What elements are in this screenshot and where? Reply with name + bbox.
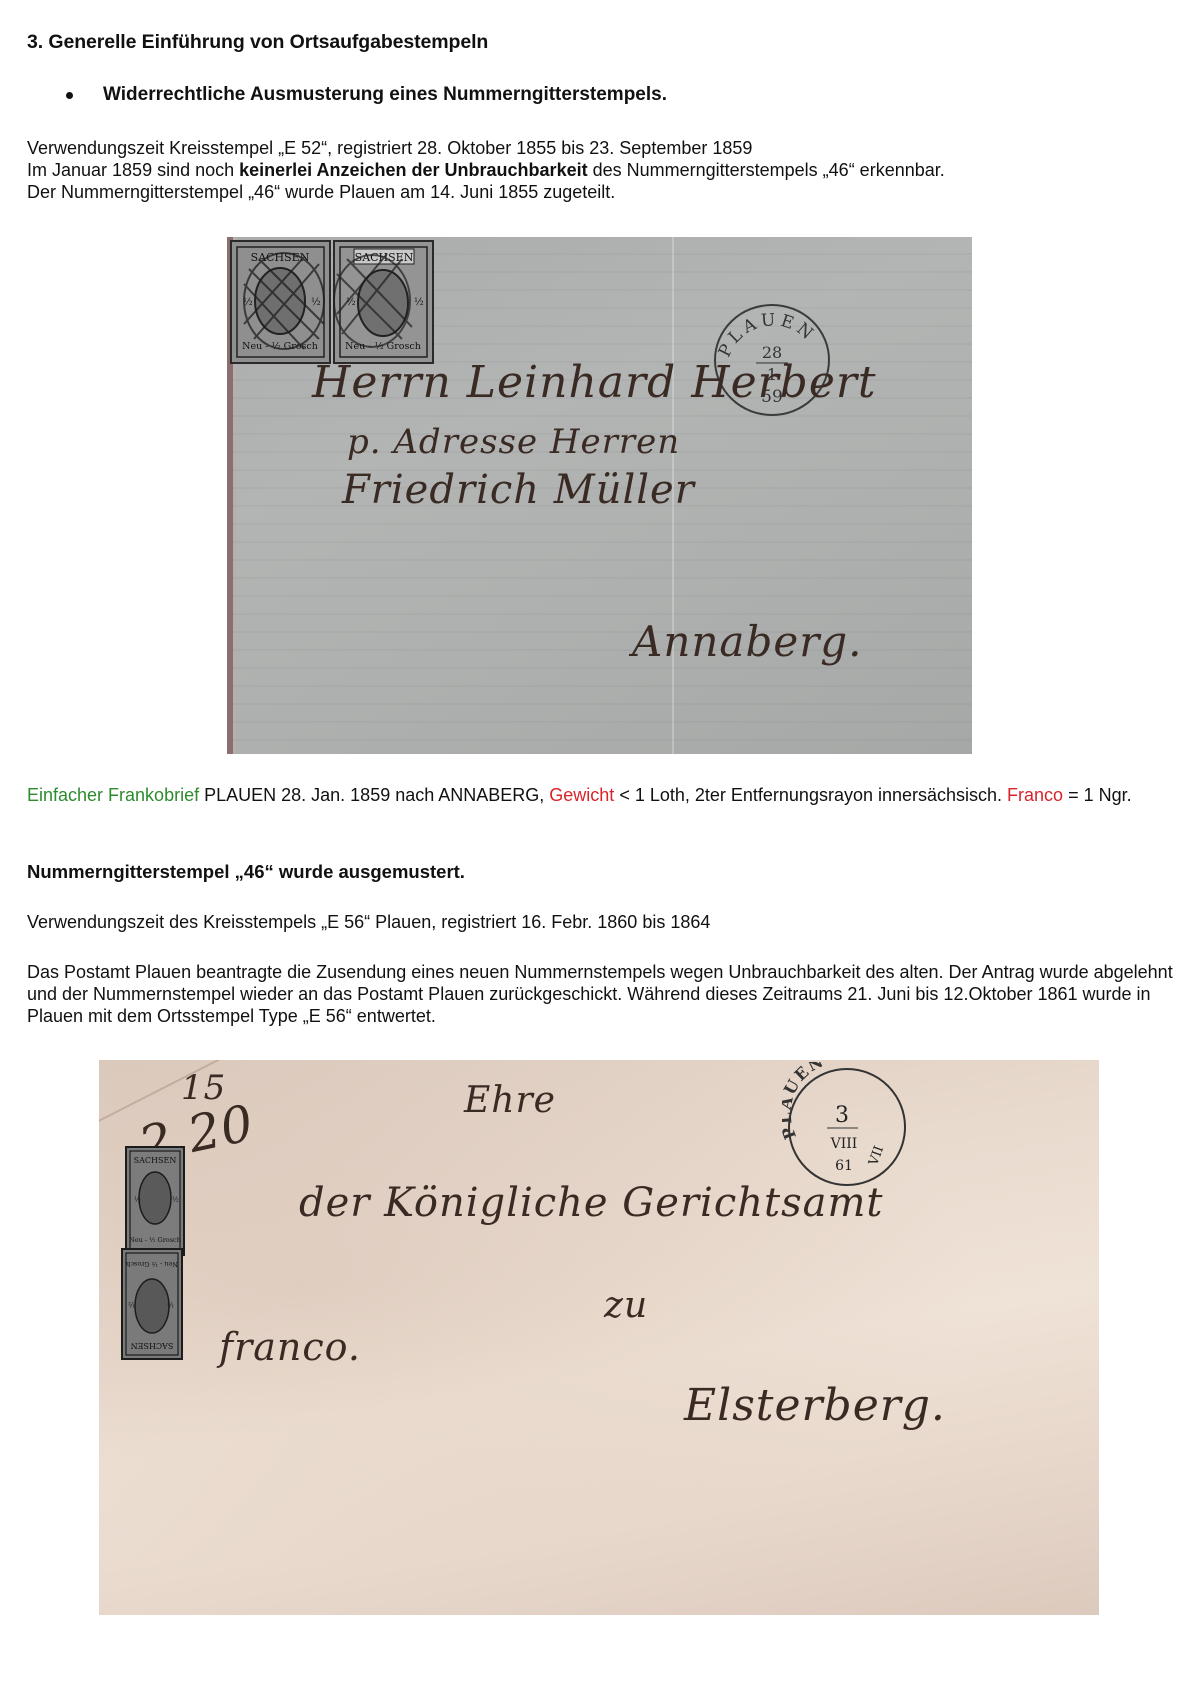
cover-image-2: 15 2 20 Ehre der Königliche Gerichtsamt … [99, 1060, 1099, 1615]
svg-text:3: 3 [835, 1103, 849, 1128]
intro-line-2-pre: Im Januar 1859 sind noch [27, 160, 239, 180]
intro-line-2-post: des Nummerngitterstempels „46“ erkennbar… [588, 160, 945, 180]
svg-text:½: ½ [172, 1196, 179, 1204]
address-line-3: Friedrich Müller [342, 467, 695, 513]
svg-text:Neu - ½ Grosch: Neu - ½ Grosch [242, 341, 318, 352]
subheading: Nummerngitterstempel „46“ wurde ausgemus… [27, 861, 465, 883]
svg-text:SACHSEN: SACHSEN [131, 1341, 174, 1350]
svg-text:VII: VII [866, 1144, 887, 1169]
history-paragraph: Das Postamt Plauen beantragte die Zusend… [27, 961, 1177, 1027]
intro-line-2-bold: keinerlei Anzeichen der Unbrauchbarkeit [239, 160, 587, 180]
bullet-icon [66, 92, 73, 99]
stamp-icon: SACHSEN ½ ½ Neu - ½ Grosch [332, 239, 435, 365]
svg-text:½: ½ [167, 1300, 174, 1308]
address-line-2: franco. [219, 1325, 361, 1369]
address-line-3: zu [604, 1285, 648, 1326]
caption-text-1: PLAUEN 28. Jan. 1859 nach ANNABERG, [199, 785, 549, 805]
address-line-0: Ehre [464, 1080, 556, 1121]
bullet-text: Widerrechtliche Ausmusterung eines Numme… [103, 84, 667, 106]
svg-text:Neu - ½ Grosch: Neu - ½ Grosch [129, 1236, 181, 1244]
svg-text:½: ½ [414, 297, 424, 308]
caption-weight-label: Gewicht [549, 785, 614, 805]
cover-image-1: SACHSEN ½ ½ Neu - ½ Grosch SACHSEN ½ ½ N… [227, 237, 972, 754]
svg-text:61: 61 [835, 1158, 853, 1174]
svg-text:PLAUEN: PLAUEN [782, 1062, 828, 1142]
svg-text:½: ½ [128, 1300, 135, 1308]
bullet-item: Widerrechtliche Ausmusterung eines Numme… [62, 84, 667, 106]
stamp-icon: SACHSEN ½ ½ Neu - ½ Grosch [229, 239, 332, 365]
stamp-icon-inverted: SACHSEN ½ ½ Neu - ½ Grosch [121, 1248, 183, 1360]
usage-period-text: Verwendungszeit des Kreisstempels „E 56“… [27, 912, 710, 933]
intro-line-1: Verwendungszeit Kreisstempel „E 52“, reg… [27, 137, 1187, 159]
cover-1-caption: Einfacher Frankobrief PLAUEN 28. Jan. 18… [27, 783, 1173, 807]
section-heading: 3. Generelle Einführung von Ortsaufgabes… [27, 31, 488, 54]
destination: Annaberg. [632, 617, 863, 666]
svg-text:½: ½ [134, 1196, 141, 1204]
caption-letter-type: Einfacher Frankobrief [27, 785, 199, 805]
destination: Elsterberg. [684, 1380, 946, 1431]
address-line-1: Herrn Leinhard Herbert [312, 357, 877, 408]
intro-line-2: Im Januar 1859 sind noch keinerlei Anzei… [27, 159, 1187, 181]
svg-text:VIII: VIII [830, 1136, 858, 1152]
address-line-2: p. Adresse Herren [347, 422, 680, 462]
intro-line-3: Der Nummerngitterstempel „46“ wurde Plau… [27, 181, 1187, 203]
svg-text:½: ½ [311, 297, 321, 308]
stamp-icon: SACHSEN ½ ½ Neu - ½ Grosch [125, 1146, 185, 1256]
postmark-plauen-1861: PLAUEN 3 VIII 61 VII [782, 1062, 912, 1192]
caption-franco-label: Franco [1007, 785, 1063, 805]
caption-text-3: = 1 Ngr. [1063, 785, 1132, 805]
svg-text:Neu - ½ Grosch: Neu - ½ Grosch [126, 1260, 178, 1268]
intro-paragraph: Verwendungszeit Kreisstempel „E 52“, reg… [27, 137, 1187, 203]
caption-text-2: < 1 Loth, 2ter Entfernungsrayon innersäc… [614, 785, 1007, 805]
svg-text:SACHSEN: SACHSEN [134, 1156, 177, 1165]
